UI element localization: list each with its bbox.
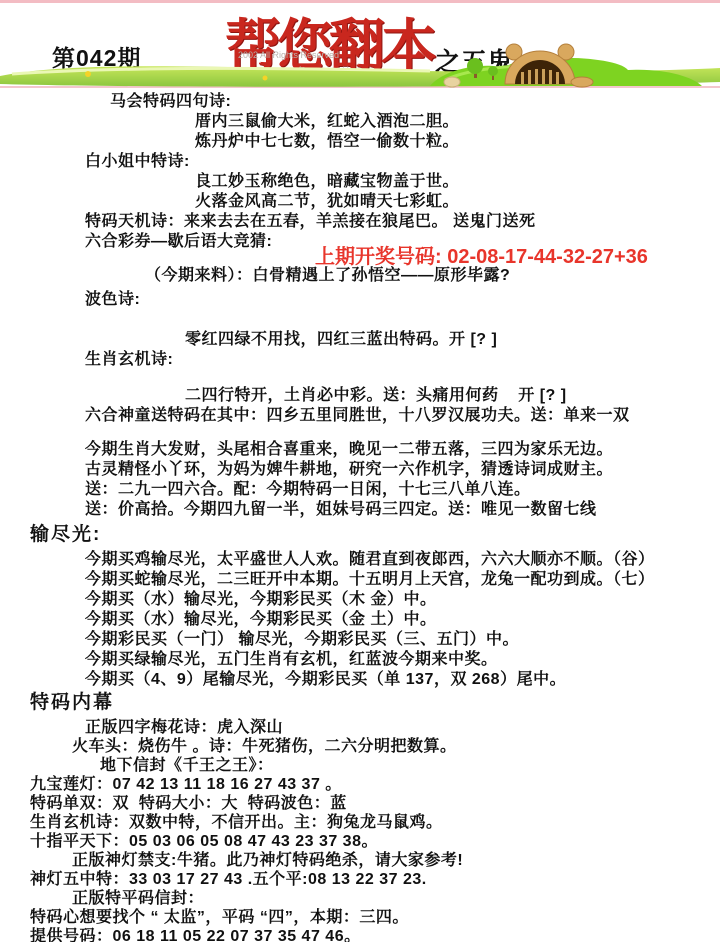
- neimu-numbers-line: 神灯五中特：33 03 17 27 43 .五个平:08 13 22 37 23…: [30, 870, 720, 889]
- neimu-line: 火车头：烧伤牛 。诗：牛死猪伤，二六分明把数算。: [72, 737, 720, 756]
- quiz-row: 六合彩券—歇后语大竞猜: 上期开奖号码: 02-08-17-44-32-27+3…: [85, 232, 720, 266]
- section-title-shujinguang: 输尽光:: [30, 522, 720, 548]
- child-tip-line: 六合神童送特码在其中：四乡五里同胜世，十八罗汉展功夫。送：单来一双: [85, 406, 720, 426]
- shujin-line: 今期买鸡输尽光，太平盛世人人欢。随君直到夜郎西，六六大顺亦不顺。（谷）: [85, 550, 720, 570]
- shujin-line: 今期买（水）输尽光，今期彩民买（木 金）中。: [85, 590, 720, 610]
- grass-banner-illustration: [0, 30, 720, 92]
- tianji-poem-line: 特码天机诗：来来去去在五春，羊羔接在狼尾巴。 送鬼门送死: [85, 212, 720, 232]
- zodiac-poem-title: 生肖玄机诗:: [85, 350, 720, 370]
- content-body: 马会特码四句诗: 厝内三鼠偷大米，红蛇入酒泡二胆。 炼丹炉中七七数，悟空一偷数十…: [0, 90, 720, 942]
- neimu-line: 特码心想要找个 “ 太监”，平码 “四”，本期：三四。: [30, 908, 720, 927]
- poem-line: 厝内三鼠偷大米，红蛇入酒泡二胆。: [195, 112, 720, 132]
- neimu-block: 正版四字梅花诗：虎入深山 火车头：烧伤牛 。诗：牛死猪伤，二六分明把数算。 地下…: [0, 718, 720, 942]
- neimu-line: 正版四字梅花诗：虎入深山: [85, 718, 720, 737]
- hint-line: （今期来料）：白骨精遇上了孙悟空——原形毕露?: [145, 266, 720, 286]
- tip-sheet-page: 第042期 帮您翻本之五鬼 2002 All Rights Reserved I…: [0, 0, 720, 942]
- neimu-numbers-line: 提供号码：06 18 11 05 22 07 37 35 47 46。: [30, 927, 720, 942]
- neimu-line: 生肖玄机诗：双数中特，不信开出。主：狗兔龙马鼠鸡。: [30, 813, 720, 832]
- neimu-line: 正版特平码信封：: [72, 889, 720, 908]
- fortune-line: 送：二九一四六合。配：今期特码一日闲，十七三八单八连。: [85, 480, 720, 500]
- quiz-label: 六合彩券—歇后语大竞猜:: [85, 232, 272, 252]
- page-header: 第042期 帮您翻本之五鬼 2002 All Rights Reserved I…: [0, 0, 720, 90]
- tree-icon: [488, 66, 498, 76]
- wave-poem-line: 零红四绿不用找，四红三蓝出特码。开 [? ]: [185, 330, 720, 350]
- shujin-line: 今期买（水）输尽光，今期彩民买（金 土）中。: [85, 610, 720, 630]
- poem-line: 良工妙玉称绝色，暗藏宝物盖于世。: [195, 172, 720, 192]
- neimu-line: 特码单双：双 特码大小：大 特码波色：蓝: [30, 794, 720, 813]
- flower-dot-icon: [263, 76, 268, 81]
- neimu-numbers-line: 九宝莲灯：07 42 13 11 18 16 27 43 37 。: [30, 775, 720, 794]
- shujin-line: 今期买绿输尽光，五门生肖有玄机，红蓝波今期来中奖。: [85, 650, 720, 670]
- poem-title-missbai: 白小姐中特诗:: [85, 152, 720, 172]
- tree-icon: [467, 58, 483, 74]
- poem-title-horse: 马会特码四句诗:: [110, 92, 720, 112]
- poem-line: 火落金风高二节，犹如晴天七彩虹。: [195, 192, 720, 212]
- fortune-line: 今期生肖大发财，头尾相合喜重来，晚见一二带五落，三四为家乐无边。: [85, 440, 720, 460]
- shujin-line: 今期买（4、9）尾输尽光，今期彩民买（单 137，双 268）尾中。: [85, 670, 720, 690]
- bear-paw: [571, 77, 593, 87]
- fortune-line: 送：价高拾。今期四九留一半，姐妹号码三四定。送：唯见一数留七线: [85, 500, 720, 520]
- wave-poem-title: 波色诗:: [85, 290, 720, 310]
- section-title-neimu: 特码内幕: [30, 690, 720, 716]
- neimu-line: 正版神灯禁支:牛猪。此乃神灯特码绝杀，请大家参考!: [72, 851, 720, 870]
- shujin-line: 今期买蛇输尽光，二三旺开中本期。十五明月上天宫，龙兔一配功到成。（七）: [85, 570, 720, 590]
- poem-line: 炼丹炉中七七数，悟空一偷数十粒。: [195, 132, 720, 152]
- flower-dot-icon: [85, 71, 91, 77]
- neimu-numbers-line: 十指平天下：05 03 06 05 08 47 43 23 37 38。: [30, 832, 720, 851]
- rock-icon: [444, 77, 460, 87]
- neimu-line: 地下信封《千王之王》：: [100, 756, 720, 775]
- last-draw-result: 上期开奖号码: 02-08-17-44-32-27+36: [315, 240, 648, 269]
- shujin-line: 今期彩民买（一门） 输尽光，今期彩民买（三、五门）中。: [85, 630, 720, 650]
- fortune-line: 古灵精怪小丫环，为妈为婢牛耕地，研究一六作机字，猜透诗词成财主。: [85, 460, 720, 480]
- zodiac-poem-line: 二四行特开，土肖必中彩。送：头痛用何药 开 [? ]: [185, 386, 720, 406]
